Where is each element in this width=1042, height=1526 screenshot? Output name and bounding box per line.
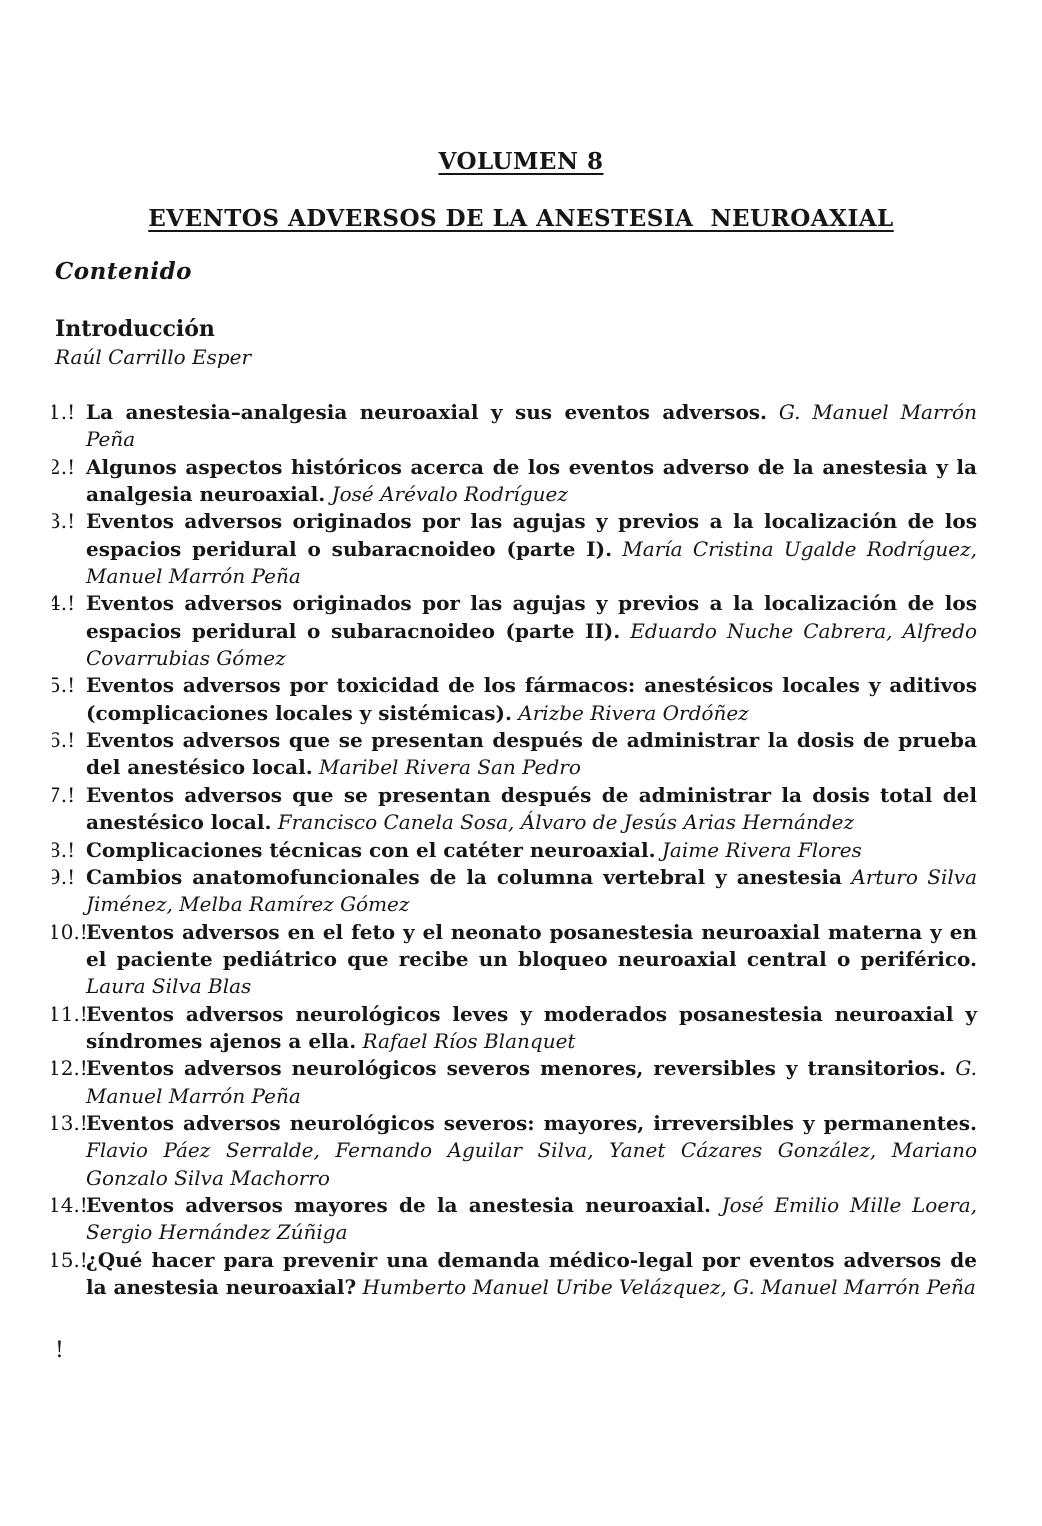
item-authors: José Arévalo Rodríguez: [325, 482, 568, 506]
document-page: VOLUMEN 8 EVENTOS ADVERSOS DE LA ANESTES…: [0, 0, 1042, 1526]
page-title-text: VOLUMEN 8: [439, 148, 604, 175]
item-authors: Flavio Páez Serralde, Fernando Aguilar S…: [86, 1138, 977, 1189]
toc-item: 13.!Eventos adversos neurológicos severo…: [86, 1110, 977, 1192]
item-marker-text: 15.!: [48, 1247, 88, 1274]
item-title: Eventos adversos mayores de la anestesia…: [86, 1193, 711, 1217]
item-authors: Maribel Rivera San Pedro: [313, 755, 581, 779]
item-marker-text: 4.!: [48, 590, 75, 617]
item-title: Eventos adversos neurológicos severos me…: [86, 1056, 946, 1080]
item-marker-text: 13.!: [48, 1110, 88, 1137]
item-marker-text: 3.!: [48, 508, 75, 535]
toc-item: 3.!Eventos adversos originados por las a…: [86, 508, 977, 590]
item-title: Cambios anatomofuncionales de la columna…: [86, 865, 842, 889]
item-marker: 1.!: [48, 399, 86, 426]
item-marker-text: 1.!: [48, 399, 75, 426]
item-title: Eventos adversos en el feto y el neonato…: [86, 920, 977, 971]
item-title: Complicaciones técnicas con el catéter n…: [86, 838, 656, 862]
contents-label: Contenido: [55, 258, 192, 285]
item-marker: 8.!: [48, 837, 86, 864]
item-title: La anestesia–analgesia neuroaxial y sus …: [86, 400, 767, 424]
item-marker-text: 8.!: [48, 837, 75, 864]
trailing-mark: !: [55, 1338, 64, 1363]
item-marker: 12.!: [48, 1055, 86, 1082]
item-marker: 11.!: [48, 1001, 86, 1028]
page-title: VOLUMEN 8: [0, 148, 1042, 175]
toc-list: 1.!La anestesia–analgesia neuroaxial y s…: [86, 399, 977, 1301]
item-marker-text: 10.!: [48, 919, 88, 946]
toc-item: 15.!¿Qué hacer para prevenir una demanda…: [86, 1247, 977, 1302]
item-marker: 2.!: [48, 454, 86, 481]
toc-item: 6.!Eventos adversos que se presentan des…: [86, 727, 977, 782]
toc-item: 10.!Eventos adversos en el feto y el neo…: [86, 919, 977, 1001]
toc-item: 1.!La anestesia–analgesia neuroaxial y s…: [86, 399, 977, 454]
item-authors: Laura Silva Blas: [86, 974, 251, 998]
toc-item: 8.!Complicaciones técnicas con el catéte…: [86, 837, 977, 864]
item-marker-text: 14.!: [48, 1192, 88, 1219]
toc-item: 2.!Algunos aspectos históricos acerca de…: [86, 454, 977, 509]
item-authors: Rafael Ríos Blanquet: [356, 1029, 575, 1053]
item-marker: 10.!: [48, 919, 86, 946]
item-marker: 9.!: [48, 864, 86, 891]
toc-item: 12.!Eventos adversos neurológicos severo…: [86, 1055, 977, 1110]
item-marker-text: 11.!: [48, 1001, 88, 1028]
item-authors: Arizbe Rivera Ordóñez: [512, 701, 749, 725]
toc-item: 9.!Cambios anatomofuncionales de la colu…: [86, 864, 977, 919]
item-marker: 14.!: [48, 1192, 86, 1219]
item-marker-text: 6.!: [48, 727, 75, 754]
toc-item: 7.!Eventos adversos que se presentan des…: [86, 782, 977, 837]
item-authors: Jaime Rivera Flores: [656, 838, 862, 862]
item-marker: 7.!: [48, 782, 86, 809]
item-marker-text: 7.!: [48, 782, 75, 809]
item-marker: 6.!: [48, 727, 86, 754]
toc-item: 5.!Eventos adversos por toxicidad de los…: [86, 672, 977, 727]
item-marker: 5.!: [48, 672, 86, 699]
item-marker: 15.!: [48, 1247, 86, 1274]
page-subtitle-text: EVENTOS ADVERSOS DE LA ANESTESIA NEUROAX…: [148, 205, 893, 232]
item-authors: Francisco Canela Sosa, Álvaro de Jesús A…: [271, 810, 854, 834]
intro-title: Introducción: [55, 316, 215, 342]
item-marker-text: 2.!: [48, 454, 75, 481]
toc-item: 4.!Eventos adversos originados por las a…: [86, 590, 977, 672]
item-marker: 4.!: [48, 590, 86, 617]
page-subtitle: EVENTOS ADVERSOS DE LA ANESTESIA NEUROAX…: [0, 205, 1042, 232]
intro-author: Raúl Carrillo Esper: [55, 345, 251, 369]
toc-item: 11.!Eventos adversos neurológicos leves …: [86, 1001, 977, 1056]
item-marker-text: 9.!: [48, 864, 75, 891]
item-title: Eventos adversos neurológicos severos: m…: [86, 1111, 977, 1135]
toc-item: 14.!Eventos adversos mayores de la anest…: [86, 1192, 977, 1247]
item-marker-text: 5.!: [48, 672, 75, 699]
item-marker: 3.!: [48, 508, 86, 535]
item-authors: Humberto Manuel Uribe Velázquez, G. Manu…: [356, 1275, 976, 1299]
item-marker: 13.!: [48, 1110, 86, 1137]
item-marker-text: 12.!: [48, 1055, 88, 1082]
